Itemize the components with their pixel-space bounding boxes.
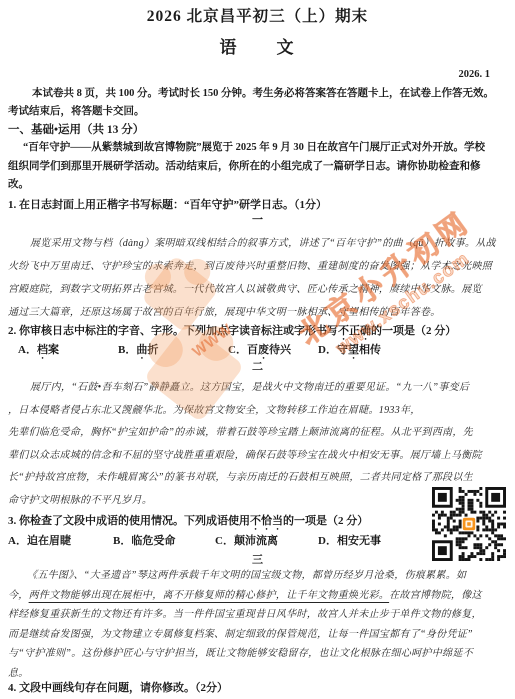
option-label: A．: [8, 535, 27, 547]
passage-line: 展厅内，“石鼓•吾车刻石”静静矗立。这方国宝，是战火中文物南迁的重要见证。“九一…: [8, 377, 507, 400]
passage-2-marker: 二: [8, 358, 507, 374]
question-1: 1. 在日志封面上用正楷字书写标题：“百年守护”研学日志。（1分）: [8, 196, 507, 212]
option-text: 守: [337, 344, 348, 356]
q3-option-c: C．颠沛流离: [215, 532, 318, 548]
question-2-stem: 2. 你审核日志中标注的字音、字形。下列加点字读音标注或字形书写: [8, 325, 338, 337]
passage-line: 先辈们临危受命，胸怀“护宝如护命”的赤诚，带着石鼓等珍宝踏上颠沛流离的征程。从北…: [8, 422, 507, 445]
exam-notice: 本试卷共 8 页，共 100 分。考试时长 150 分钟。考生务必将答案答在答题…: [8, 85, 507, 120]
question-3-stem: 3. 你检查了文段中成语的使用情况。下列成语使用: [8, 515, 250, 527]
passage-line: ，日本侵略者侵占东北又觊觎华北。为保故宫文物安全，文物转移工作迫在眉睫。1933…: [8, 400, 507, 423]
underlined-sentence: 两件文物能够出现在展柜中，离不开修复师的精心修护，让千年文物重焕光彩。: [29, 590, 390, 601]
passage-text: 今，: [8, 590, 29, 601]
option-label: D．: [318, 344, 337, 356]
question-3-dotted-word: 不恰当: [250, 515, 283, 527]
exam-title: 2026 北京昌平初三（上）期末: [8, 4, 507, 26]
passage-line: 样经修复重获新生的文物还有许多。当一件件国宝重现昔日风华时，故宫人并未止步于单件…: [8, 605, 507, 625]
passage-line-with-underline: 今，两件文物能够出现在展柜中，离不开修复师的精心修护，让千年文物重焕光彩。在故宫…: [8, 586, 507, 606]
qr-code: [432, 487, 506, 561]
option-label: B．: [118, 344, 136, 356]
option-text: 相安无事: [337, 535, 381, 547]
option-label: D．: [318, 535, 337, 547]
exam-paper-page: 2026 北京昌平初三（上）期末 语 文 2026. 1 本试卷共 8 页，共 …: [0, 0, 515, 699]
q3-option-d: D．相安无事: [318, 532, 381, 548]
option-label: A．: [18, 344, 37, 356]
option-dotted-char: 望: [348, 344, 359, 356]
question-2: 2. 你审核日志中标注的字音、字形。下列加点字读音标注或字形书写不正确的一项是（…: [8, 322, 507, 343]
option-text: 折: [147, 344, 158, 356]
question-3-stem-tail: 的一项是（2 分）: [283, 515, 368, 527]
passage-line: 《五牛图》、“大圣遗音”琴这两件承载千年文明的国宝级文物，都曾历经岁月沧桑，伤痕…: [8, 566, 507, 586]
q3-option-a: A．迫在眉睫: [8, 532, 113, 548]
option-label: C．: [215, 535, 234, 547]
notice-line: 考试结束后，将答题卡交回。: [8, 103, 507, 121]
question-4: 4. 文段中画线句存在问题，请你修改。（2分）: [8, 679, 507, 695]
passage-1-marker: 一: [8, 211, 507, 227]
passage-line: 而是继续奋发图强，为文物建立专属修复档案、制定细致的保管规范，让每一件国宝都有了…: [8, 625, 507, 645]
section-intro: “百年守护——从紫禁城到故宫博物院”展览于 2025 年 9 月 30 日在故宫…: [8, 139, 507, 195]
passage-line: 通过三大篇章，还原这场属于故宫的百年行旅，展现中华文明一脉相承、守望相传的百年答…: [8, 301, 507, 324]
passage-line: 宫殿庭院，到数字文明拓界古老宫城。一代代故宫人以诚敬典守、匠心传承之精神，赓续中…: [8, 278, 507, 301]
option-text: 临危受命: [131, 535, 175, 547]
passage-line: 辈们以众志成城的信念和不屈的坚守战胜重重艰险，确保石鼓等珍宝在战火中相安无事。展…: [8, 445, 507, 468]
option-label: C．: [228, 344, 247, 356]
exam-subject: 语 文: [8, 33, 507, 58]
notice-line: 本试卷共 8 页，共 100 分。考试时长 150 分钟。考生务必将答案答在答题…: [8, 85, 507, 103]
option-text: 待兴: [269, 344, 291, 356]
question-2-stem-tail: 的一项是（2 分）: [371, 325, 456, 337]
intro-line: 改。: [8, 176, 507, 195]
option-dotted-char: 曲: [136, 344, 147, 356]
option-dotted-char: 档: [37, 344, 48, 356]
passage-line: 与“守护准则”。这份修护匠心与守护担当，既让文物能够安稳留存，也让文化根脉在细心…: [8, 644, 507, 664]
option-dotted-char: 废: [258, 344, 269, 356]
option-text: 颠沛流离: [234, 535, 278, 547]
option-label: B．: [113, 535, 131, 547]
passage-text: 在故宫博物院，像这: [389, 590, 482, 601]
question-2-dotted-word: 不正确: [338, 325, 371, 337]
option-text: 百: [247, 344, 258, 356]
passage-3: 《五牛图》、“大圣遗音”琴这两件承载千年文明的国宝级文物，都曾历经岁月沧桑，伤痕…: [8, 566, 507, 683]
option-text: 相传: [359, 344, 381, 356]
passage-line: 展览采用文物与档（dàng）案明暗双线相结合的叙事方式，讲述了“百年守护”的曲（…: [8, 232, 507, 255]
passage-1: 展览采用文物与档（dàng）案明暗双线相结合的叙事方式，讲述了“百年守护”的曲（…: [8, 232, 507, 324]
option-text: 迫在眉睫: [27, 535, 71, 547]
section-heading: 一、基础•运用（共 13 分）: [8, 121, 507, 137]
option-text: 案: [48, 344, 59, 356]
passage-line: 火纷飞中万里南迁、守护珍宝的求索奔走，到百废待兴时重整旧物、重建制度的奋发图强；…: [8, 255, 507, 278]
q3-option-b: B．临危受命: [113, 532, 215, 548]
intro-line: 组织同学们到那里开展研学活动。活动结束后，你所在的小组完成了一篇研学日志。请你协…: [8, 158, 507, 177]
exam-date: 2026. 1: [459, 69, 491, 80]
intro-line: “百年守护——从紫禁城到故宫博物院”展览于 2025 年 9 月 30 日在故宫…: [8, 139, 507, 158]
